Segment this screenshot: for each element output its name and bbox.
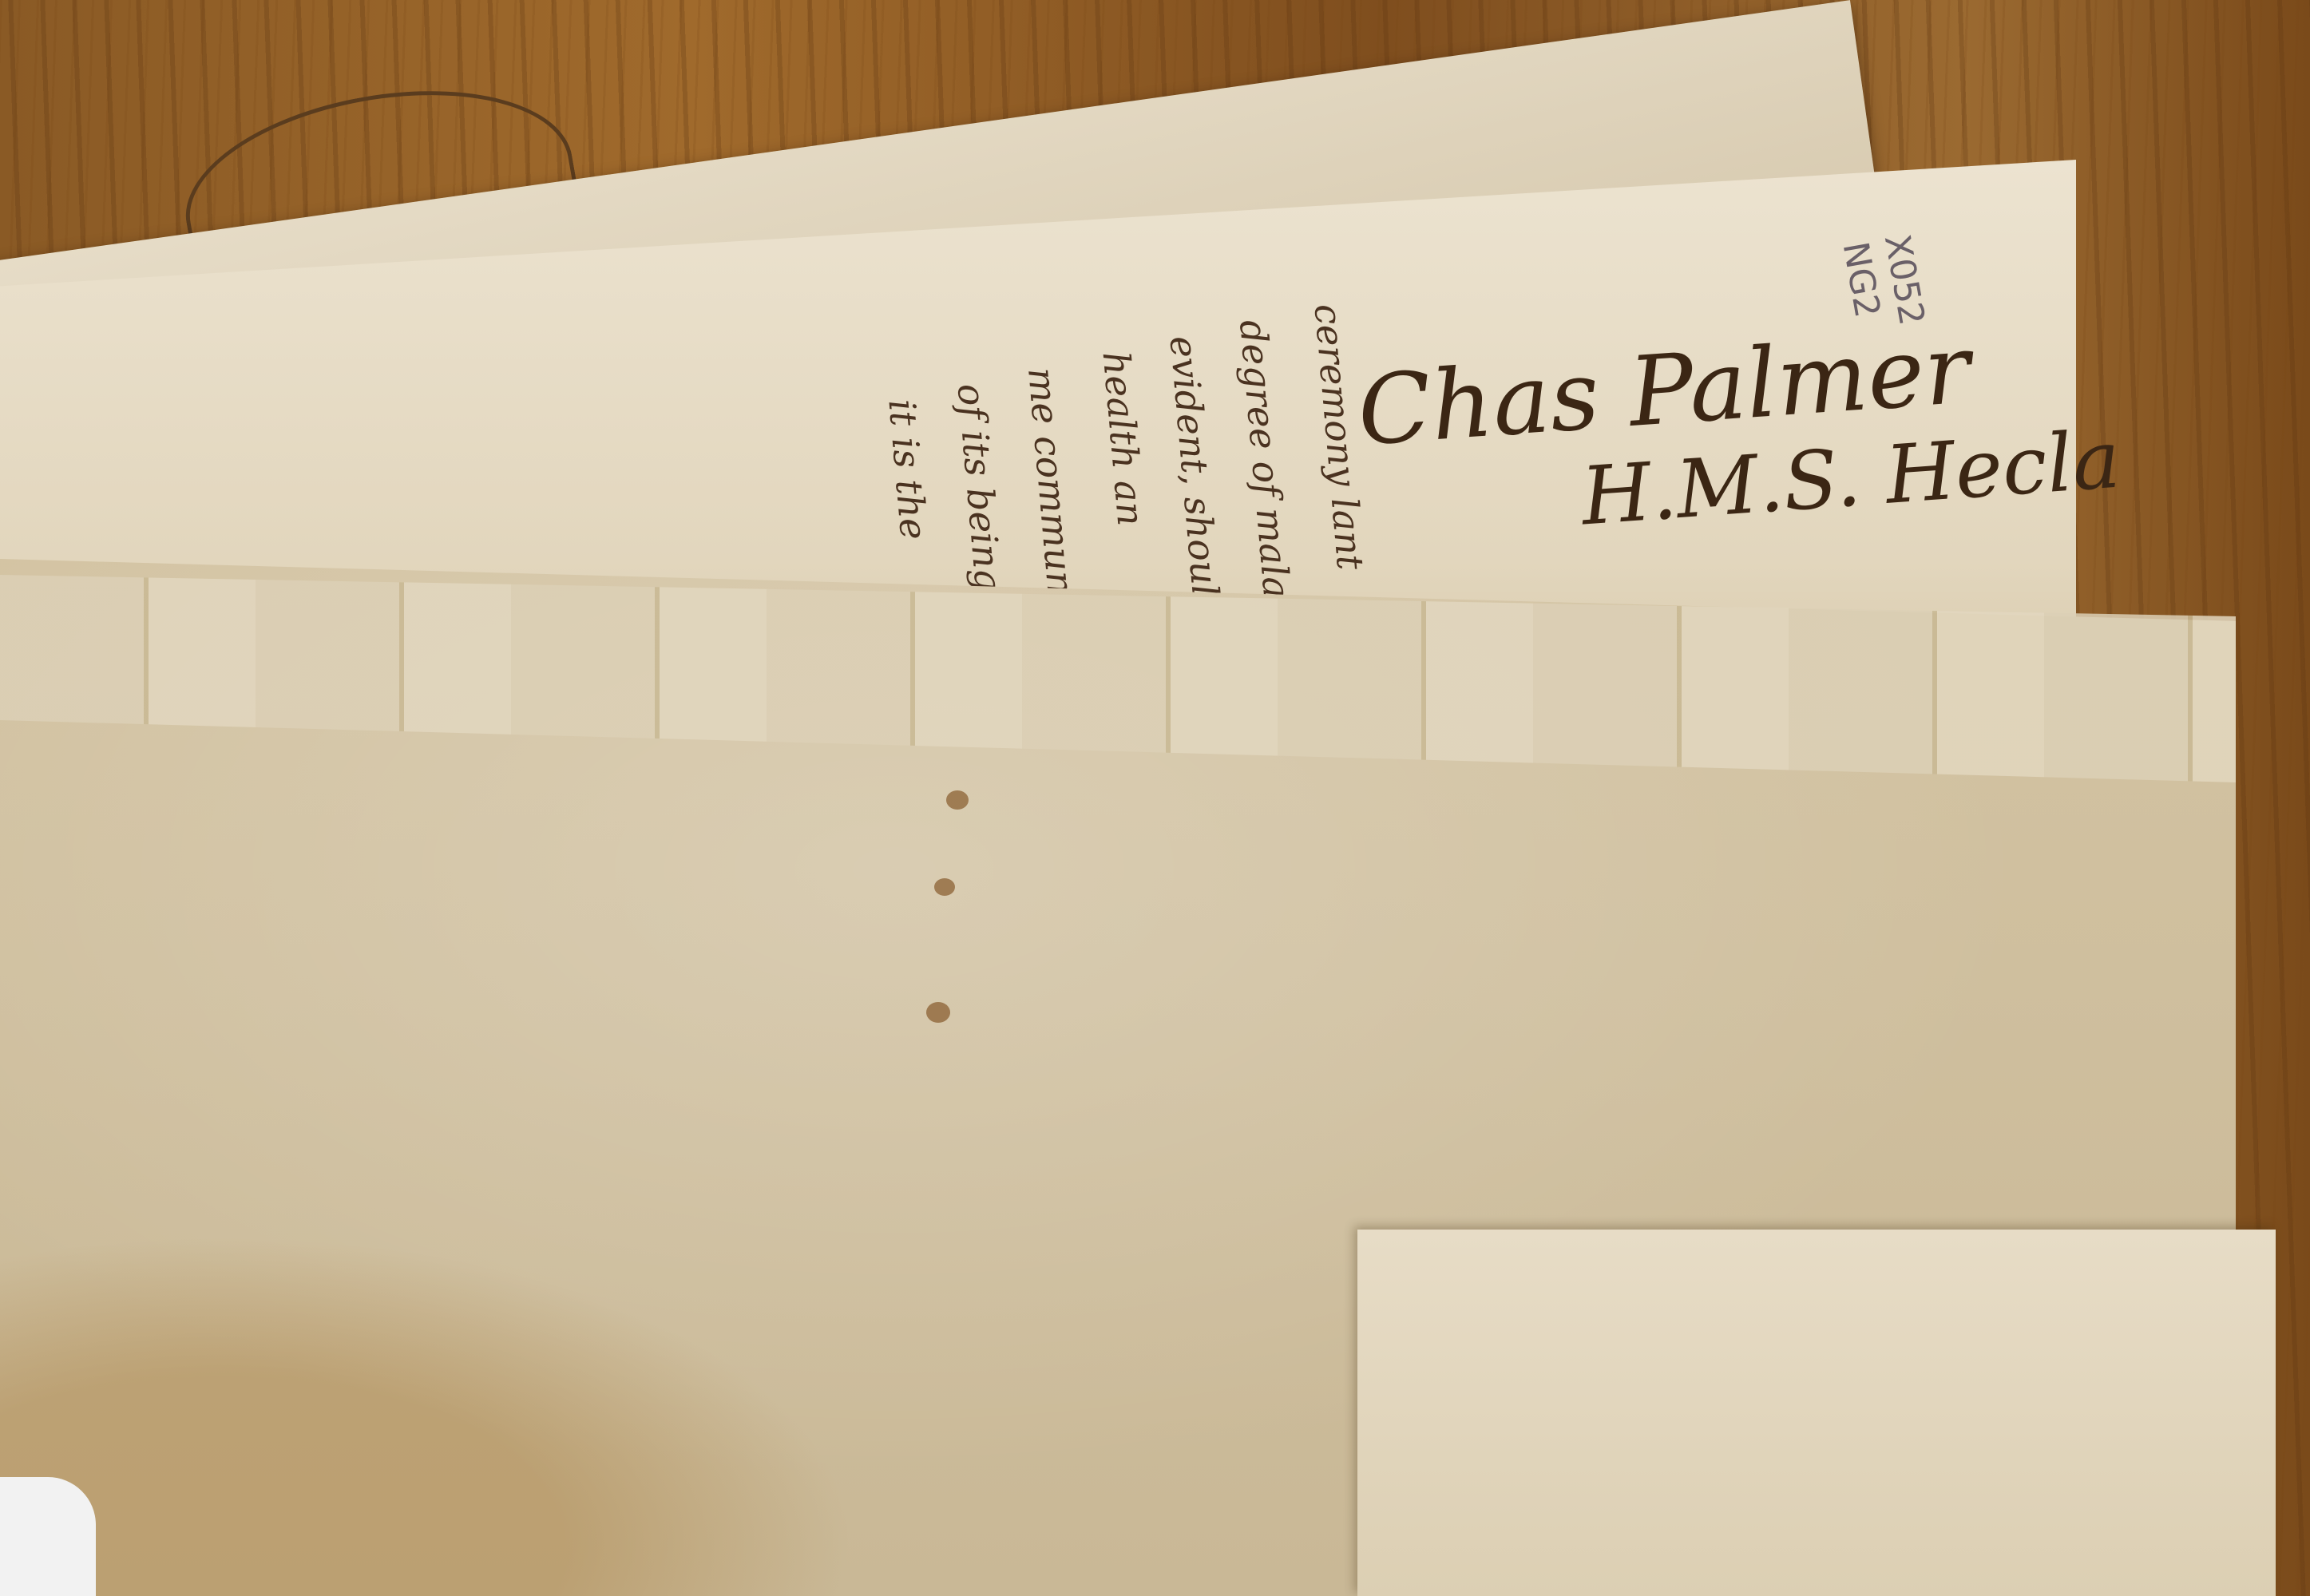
manuscript-line: it is the — [880, 398, 935, 541]
white-glove — [0, 1477, 96, 1596]
foxing-stain — [934, 878, 955, 896]
foxing-stain — [926, 1002, 950, 1023]
manuscript-line: evident, should — [1162, 334, 1230, 621]
loose-paper-slip — [1357, 1230, 2276, 1596]
manuscript-line: health an — [1095, 350, 1153, 528]
manuscript-line: me communi — [1020, 366, 1084, 608]
manuscript-line: of its being — [949, 382, 1011, 593]
foxing-stain — [946, 790, 969, 810]
archive-pencil-mark: X052 NG2 — [1833, 232, 1932, 336]
